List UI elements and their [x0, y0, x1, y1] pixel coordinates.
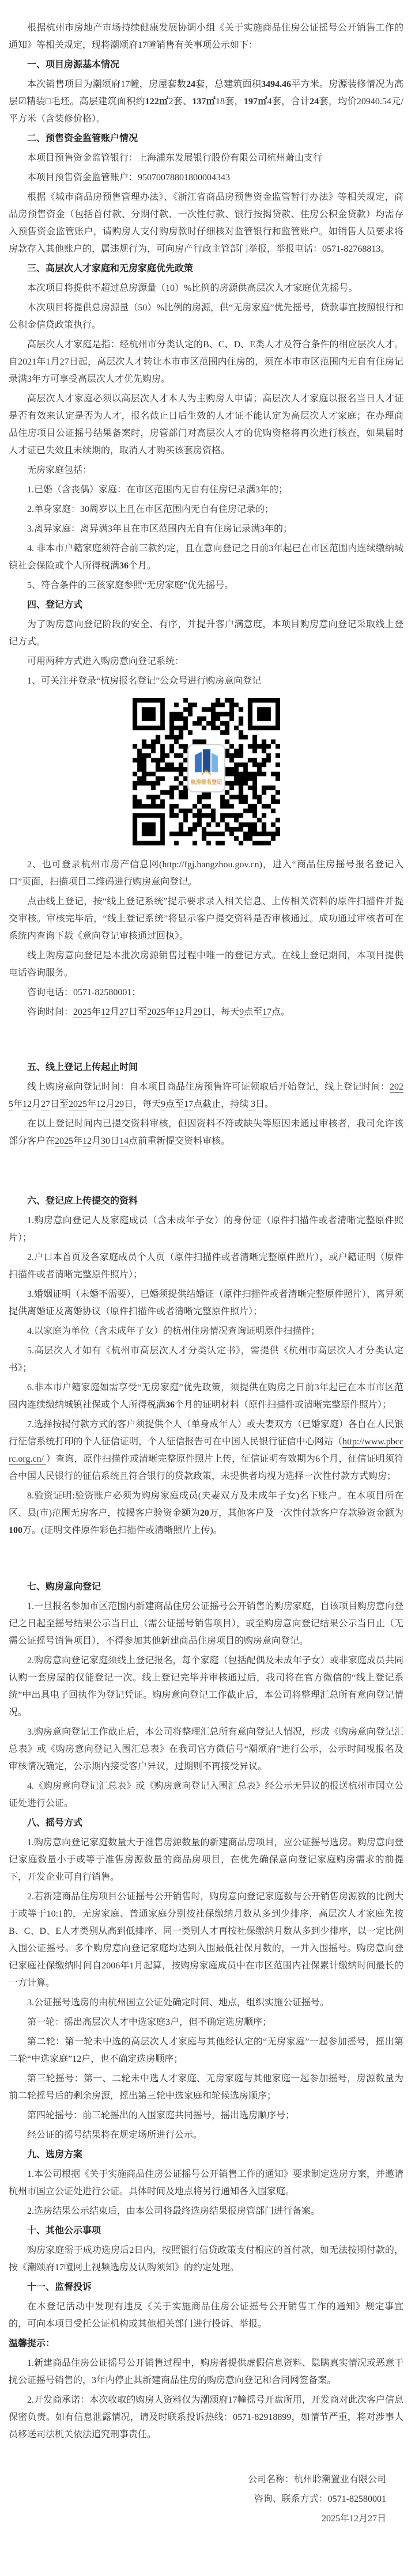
paragraph: 本项目预售资金监管银行：上海浦东发展银行股份有限公司杭州萧山支行 [9, 150, 403, 167]
paragraph: 在本登记活动中发现有违反《关于实施商品住房公证摇号公开销售工作的通知》规定事宜的… [9, 2298, 403, 2333]
paragraph: 咨询电话：0571-82580001； [9, 984, 403, 1001]
spacer [9, 1023, 403, 1057]
paragraph: 2.户口本首页及各家庭成员个人页（原件扫描件或者清晰完整原件照片），或户籍证明（… [9, 1249, 403, 1284]
paragraph: 购房家庭需于成功选房后2日内，按照银行信贷政策支付相应的首付款，如无法按期付款的… [9, 2242, 403, 2277]
paragraph: 高层次人才家庭必须以高层次人才本人为主购房人申请；高层次人才家庭以报名当日人才证… [9, 390, 403, 460]
paragraph: 3.公证摇号选房的由杭州国立公证处确定时间、地点，组织实施公证摇号。 [9, 1994, 403, 2012]
paragraph: 1.已婚（含丧偶）家庭：在市区范围内无自有住房记录满3年的； [9, 481, 403, 499]
paragraph: 3.离异家庭：离异满3年且在市区范围内无自有住房记录满3年的； [9, 521, 403, 538]
paragraph: 4.以家庭为单位（含未成年子女）的杭州住房情况查询证明原件扫描件； [9, 1323, 403, 1340]
section-heading: 九、选房方案 [9, 2146, 403, 2164]
paragraph: 线上购房意向登记时间：自本项目商品住房预售许可证领取后开始登记，线上登记时间：2… [9, 1079, 403, 1113]
paragraph: 本次项目将提供总房源量（50）%比例的房源，供“无房家庭”优先摇号，贷款事宜按照… [9, 299, 403, 334]
signature-contact: 咨询、联系方式：0571-82580001 [9, 2491, 403, 2508]
paragraph: 1.购房意向登记家庭数量大于准售房源数量的新建商品房项目，应公证摇号选房。购房意… [9, 1834, 403, 1886]
section-heading: 七、购房意向登记 [9, 1579, 403, 1596]
section-heading: 八、摇号方式 [9, 1815, 403, 1832]
paragraph: 根据《城市商品房预售管理办法》、《浙江省商品房预售资金监管暂行办法》等相关规定，… [9, 189, 403, 258]
paragraph: 无房家庭包括： [9, 462, 403, 479]
paragraph: 3.婚姻证明（未婚不需要），已婚须提供结婚证（原件扫描件或者清晰完整原件照片）、… [9, 1286, 403, 1321]
paragraph: 第一轮：摇出高层次人才中选家庭3户，但不确定选房顺序； [9, 2014, 403, 2031]
paragraph: 5、符合条件的三孩家庭参照“无房家庭”优先摇号。 [9, 577, 403, 594]
spacer [9, 1152, 403, 1190]
paragraph: 在以上登记时间内已提交资料审核，但因资料不符或缺失等原因未通过审核者，我司允许该… [9, 1116, 403, 1150]
paragraph: 为了购房意向登记阶段的安全、有序，并提升客户满意度，本项目购房意向登记采取线上登… [9, 616, 403, 651]
paragraph: 4.《购房意向登记汇总表》或《购房意向登记入围汇总表》经公示无异议的报送杭州市国… [9, 1778, 403, 1812]
paragraph: 1.一旦报名参加市区范围内新建商品住房公证摇号公开销售的购房家庭，自该项目购房意… [9, 1598, 403, 1650]
section-heading: 三、高层次人才家庭和无房家庭优先政策 [9, 260, 403, 278]
paragraph: 线上购房意向登记是本批次房源销售过程中唯一的登记方式。在线上登记期间，本项目提供… [9, 947, 403, 982]
paragraph: 本项目预售资金监管账户：95070078801800004343 [9, 169, 403, 187]
paragraph: 经公证的摇号结果将在规定场所进行公示。 [9, 2127, 403, 2144]
paragraph: 第三轮摇号：第一、二轮未中选人才家庭、无房家庭与其他家庭一起参加摇号，房源数量为… [9, 2070, 403, 2105]
paragraph: 咨询时间：2025年12月27日至2025年12月29日，每天9点至17点。 [9, 1004, 403, 1021]
paragraph: 1、可关注并登录“杭房报名登记”公众号进行购房意向登记 [9, 673, 403, 690]
section-heading: 十、其他公示事项 [9, 2222, 403, 2240]
paragraph: 2.单身家庭：30周岁以上且在市区范围内无自有住房记录的； [9, 501, 403, 518]
paragraph: 1.本公司根据《关于实施商品住房公证摇号公开销售工作的通知》要求制定选房方案，并… [9, 2166, 403, 2201]
section-heading: 一、项目房源基本情况 [9, 56, 403, 74]
section-heading: 四、登记方式 [9, 597, 403, 614]
paragraph: 高层次人才家庭是指：经杭州市分类认定的B、C、D、E类人才及符合条件的相应层次人… [9, 336, 403, 388]
paragraph: 6.非本市户籍家庭如需享受“无房家庭”优先政策，须提供在购房之日前3年起已在本市… [9, 1379, 403, 1414]
section-heading: 十一、监督投诉 [9, 2279, 403, 2296]
paragraph: 2.若新建商品住房项目公证摇号公开销售时，购房意向登记家庭数与公开销售房源数的比… [9, 1888, 403, 1992]
paragraph: 4. 非本市户籍家庭须符合前三款约定，且在意向登记之日前3年起已在市区范围内连续… [9, 540, 403, 575]
paragraph: 2.选房结果公示结束后，由本公司将最终选房结果报房管部门进行备案。 [9, 2203, 403, 2220]
paragraph: 点击线上登记，按“线上登记系统”提示要求录入相关信息、上传相关资料的原件扫描件并… [9, 893, 403, 945]
section-heading: 二、预售资金监管账户情况 [9, 130, 403, 147]
paragraph: 5.高层次人才如有《杭州市高层次人才分类认定书》，需提供《杭州市高层次人才分类认… [9, 1342, 403, 1377]
paragraph: 2.开发商承诺：本次收取的购房人资料仅为潮颂府17幢摇号开盘所用，开发商对此次客… [9, 2392, 403, 2444]
paragraph: 可用两种方式进入购房意向登记系统： [9, 653, 403, 670]
qr-code [9, 698, 403, 848]
paragraph: 7.选择按揭付款方式的客户须提供个人（单身成年人）或夫妻双方（已婚家庭）各自在人… [9, 1416, 403, 1485]
paragraph: 第四轮摇号：前三轮摇出的入围家庭共同摇号，摇出选房顺序号； [9, 2107, 403, 2124]
paragraph: 根据杭州市房地产市场持续健康发展协调小组《关于实施商品住房公证摇号公开销售工作的… [9, 20, 403, 54]
hangfang-registration-qr-code-canvas [133, 698, 280, 845]
notice-document: 根据杭州市房地产市场持续健康发展协调小组《关于实施商品住房公证摇号公开销售工作的… [0, 0, 415, 2576]
paragraph: 本次项目将提供不超过总房源量（10）%比例的房源供高层次人才家庭优先摇号。 [9, 280, 403, 297]
signature-date: 2025年12月27日 [9, 2510, 403, 2528]
spacer [9, 1542, 403, 1576]
paragraph: 1.新建商品住房公证摇号公开销售过程中，购房者提供虚假信息资料、隐瞒真实情况或恶… [9, 2355, 403, 2389]
paragraph: 2.购房意向登记家庭须线上登记报名，每个家庭（包括配偶及未成年子女）或非家庭成员… [9, 1652, 403, 1721]
paragraph: 8.验资证明:验资账户必须为购房家庭成员(夫妻双方及未成年子女)名下账户。在本项… [9, 1488, 403, 1539]
paragraph: 第二轮：第一轮未中选的高层次人才家庭与其他经认定的“无房家庭”一起参加摇号，摇出… [9, 2034, 403, 2068]
section-heading: 五、线上登记上传起止时间 [9, 1059, 403, 1076]
paragraph: 3.购房意向登记工作截止后，本公司将整理汇总所有意向登记人情况，形成《购房意向登… [9, 1724, 403, 1775]
document-body: 根据杭州市房地产市场持续健康发展协调小组《关于实施商品住房公证摇号公开销售工作的… [9, 20, 403, 2528]
signature-company: 公司名称：杭州聆潮置业有限公司 [9, 2471, 403, 2488]
paragraph: 1.购房意向登记人及家庭成员（含未成年子女）的身份证（原件扫描件或者清晰完整原件… [9, 1212, 403, 1247]
paragraph: 2、也可登录杭州市房产信息网(http://fgj.hangzhou.gov.c… [9, 856, 403, 891]
section-heading: 六、登记应上传提交的资料 [9, 1193, 403, 1210]
spacer [9, 2446, 403, 2469]
paragraph: 本次销售项目为潮颂府17幢，房屋套数24套，总建筑面积3494.46平方米。房源… [9, 76, 403, 128]
note-heading: 温馨提示： [9, 2335, 403, 2353]
